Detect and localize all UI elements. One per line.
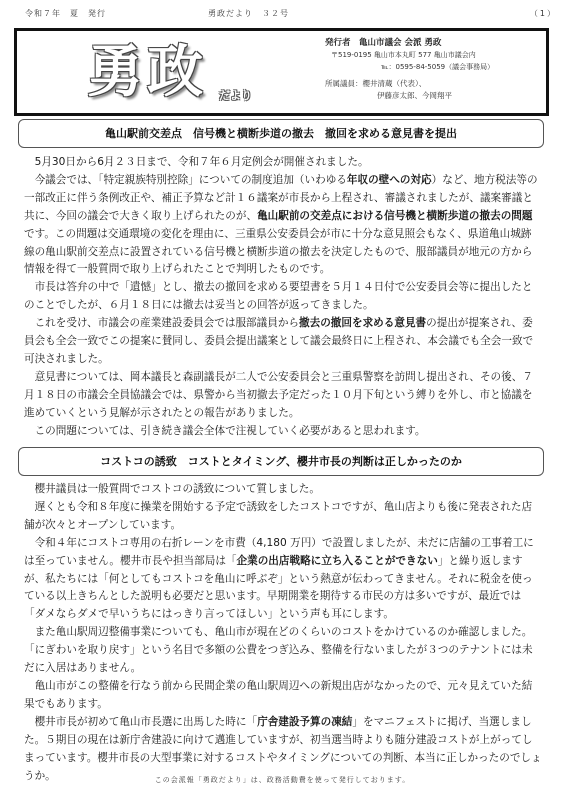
paragraph-text: です。この問題は交通環境の変化を理由に、三重県公安委員会が市に十分な意見照会もな… [24,228,532,276]
publisher: 発行者 亀山市議会 会派 勇政 [325,37,494,49]
paragraph-text: 遅くとも令和８年度に操業を開始する予定で誘致をしたコストコですが、亀山店よりも後… [24,501,532,531]
newsletter-issue: 勇政だより ３２号 [208,8,289,19]
publisher-info: 発行者 亀山市議会 会派 勇政 〒519-0195 亀山市本丸町 577 亀山市… [325,37,494,102]
article-2-title: コストコの誘致 コストとタイミング、櫻井市長の判断は正しかったのか [18,447,544,476]
paragraph-text: 今議会では、「特定親族特別控除」についての制度追加（いわゆる [35,174,347,186]
paragraph-text: 5月30日から6月２３日まで、令和７年６月定例会が開催されました。 [35,156,369,168]
emphasized-text: 企業の出店戦略に立ち入ることができない [237,555,438,567]
header-line: 令和７年 夏 発行 勇政だより ３２号 （1） [0,8,565,22]
address: 〒519-0195 亀山市本丸町 577 亀山市議会内 [325,49,494,61]
paragraph: 遅くとも令和８年度に操業を開始する予定で誘致をしたコストコですが、亀山店よりも後… [24,499,542,535]
article-2-body: 櫻井議員は一般質問でコストコの誘致について質しました。遅くとも令和８年度に操業を… [24,481,542,785]
newsletter-logo: 勇政 [87,43,207,103]
paragraph: 今議会では、「特定親族特別控除」についての制度追加（いわゆる年収の壁への対応）な… [24,172,542,279]
emphasized-text: 撤去の撤回を求める意見書 [299,317,426,329]
issue-date: 令和７年 夏 発行 [25,8,106,19]
members-line-2: 伊藤彦太郎、今岡翔平 [325,90,494,102]
page-number: （1） [530,8,557,19]
masthead: 勇政 だより 発行者 亀山市議会 会派 勇政 〒519-0195 亀山市本丸町 … [14,28,549,116]
paragraph-text: これを受け、市議会の産業建設委員会では服部議員から [35,317,299,329]
paragraph: 令和４年にコストコ専用の右折レーンを市費（4,180 万円）で設置しましたが、未… [24,535,542,625]
paragraph-text: 櫻井市長が初めて亀山市長選に出馬した時に「 [35,716,257,728]
newsletter-logo-sub: だより [219,87,252,103]
emphasized-text: 亀山駅前の交差点における信号機と横断歩道の撤去の問題 [257,210,532,222]
paragraph: 亀山市がこの整備を行なう前から民間企業の亀山駅周辺への新規出店がなかったので、元… [24,678,542,714]
footer-note: この会派報「勇政だより」は、政務活動費を使って発行しております。 [0,775,565,785]
paragraph: 意見書については、岡本議長と森副議長が二人で公安委員会と三重県警察を訪問し提出さ… [24,369,542,423]
article-1-title: 亀山駅前交差点 信号機と横断歩道の撤去 撤回を求める意見書を提出 [18,119,544,148]
paragraph-text: また亀山駅周辺整備事業についても、亀山市が現在どのくらいのコストをかけているのか… [24,626,533,674]
emphasized-text: 年収の壁への対応 [347,174,432,186]
paragraph-text: 意見書については、岡本議長と森副議長が二人で公安委員会と三重県警察を訪問し提出さ… [24,371,533,419]
paragraph: 櫻井議員は一般質問でコストコの誘致について質しました。 [24,481,542,499]
members-line-1: 所属議員：櫻井清蔵（代表）、 [325,78,494,90]
telephone: ℡：0595-84-5059（議会事務局） [325,61,494,73]
paragraph-text: 櫻井議員は一般質問でコストコの誘致について質しました。 [35,483,320,495]
paragraph-text: 亀山市がこの整備を行なう前から民間企業の亀山駅周辺への新規出店がなかったので、元… [24,680,532,710]
paragraph: 市長は答弁の中で「遺憾」とし、撤去の撤回を求める要望書を５月１４日付で公安委員会… [24,279,542,315]
emphasized-text: 庁舎建設予算の凍結 [257,716,352,728]
paragraph: また亀山駅周辺整備事業についても、亀山市が現在どのくらいのコストをかけているのか… [24,624,542,678]
paragraph: これを受け、市議会の産業建設委員会では服部議員から撤去の撤回を求める意見書の提出… [24,315,542,369]
paragraph: 5月30日から6月２３日まで、令和７年６月定例会が開催されました。 [24,154,542,172]
paragraph-text: 市長は答弁の中で「遺憾」とし、撤去の撤回を求める要望書を５月１４日付で公安委員会… [24,281,533,311]
paragraph: この問題については、引き続き議会全体で注視していく必要があると思われます。 [24,423,542,441]
article-1-body: 5月30日から6月２３日まで、令和７年６月定例会が開催されました。今議会では、「… [24,154,542,441]
paragraph-text: この問題については、引き続き議会全体で注視していく必要があると思われます。 [35,425,426,437]
